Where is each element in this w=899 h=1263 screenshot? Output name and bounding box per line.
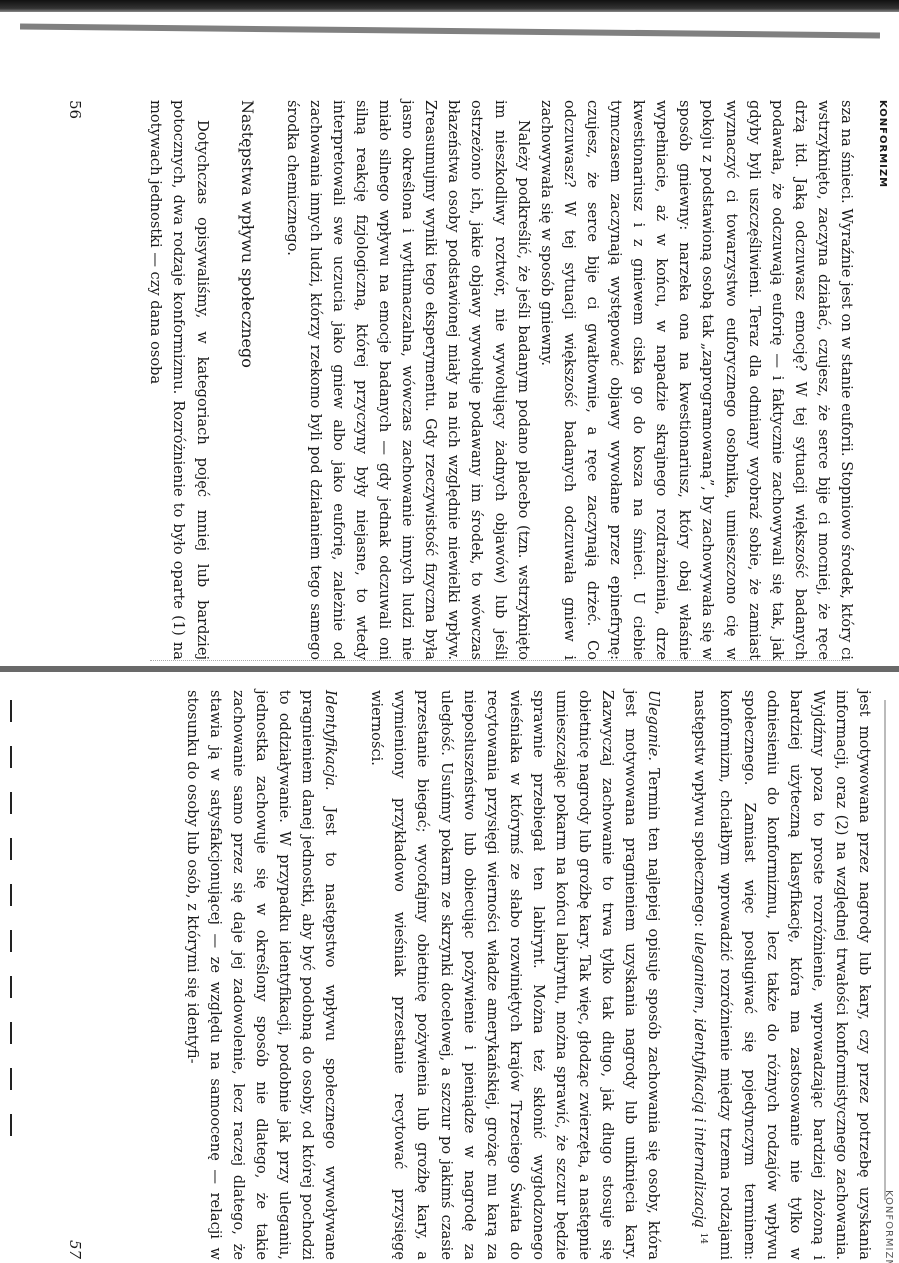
paragraph: Należy podkreślić, że jeśli badanym poda… [281,100,535,660]
paragraph: Identyfikacja. Jest to następstwo wpływu… [181,690,343,1260]
page-56: KONFORMIZM sza na śmieci. Wyraźnie jest … [70,100,880,660]
page-gutter [0,666,899,672]
scan-edge-shadow [0,0,899,12]
scan-edge-shadow [20,23,880,38]
paragraph: sza na śmieci. Wyraźnie jest on w stanie… [535,100,858,660]
binding-marks [8,700,14,1220]
scan-noise [150,660,850,663]
paragraph: jest motywowana przez nagrody lub kary, … [688,690,876,1260]
term-identyfikacja: Identyfikacja. [322,690,339,791]
key-terms: uleganiem, identyfikacją i internalizacj… [691,932,708,1228]
footnote-ref: 14 [698,1233,708,1244]
paragraph: Uleganie. Termin ten najlepiej opisuje s… [365,690,665,1260]
page-57: jest motywowana przez nagrody lub kary, … [70,690,880,1260]
paragraph: Dotychczas opisywaliśmy, w kategoriach p… [144,100,213,660]
section-heading: Następstwa wpływu społecznego [236,100,259,660]
page-body: jest motywowana przez nagrody lub kary, … [181,690,876,1260]
term-uleganie: Uleganie. [645,690,662,761]
running-head: KONFORMIZM [877,100,888,188]
page-number: 57 [66,1240,84,1259]
running-head: KONFORMIZM [883,1190,894,1263]
page-number: 56 [66,100,84,119]
page-edge [884,700,886,1200]
page-body: sza na śmieci. Wyraźnie jest on w stanie… [144,100,858,660]
